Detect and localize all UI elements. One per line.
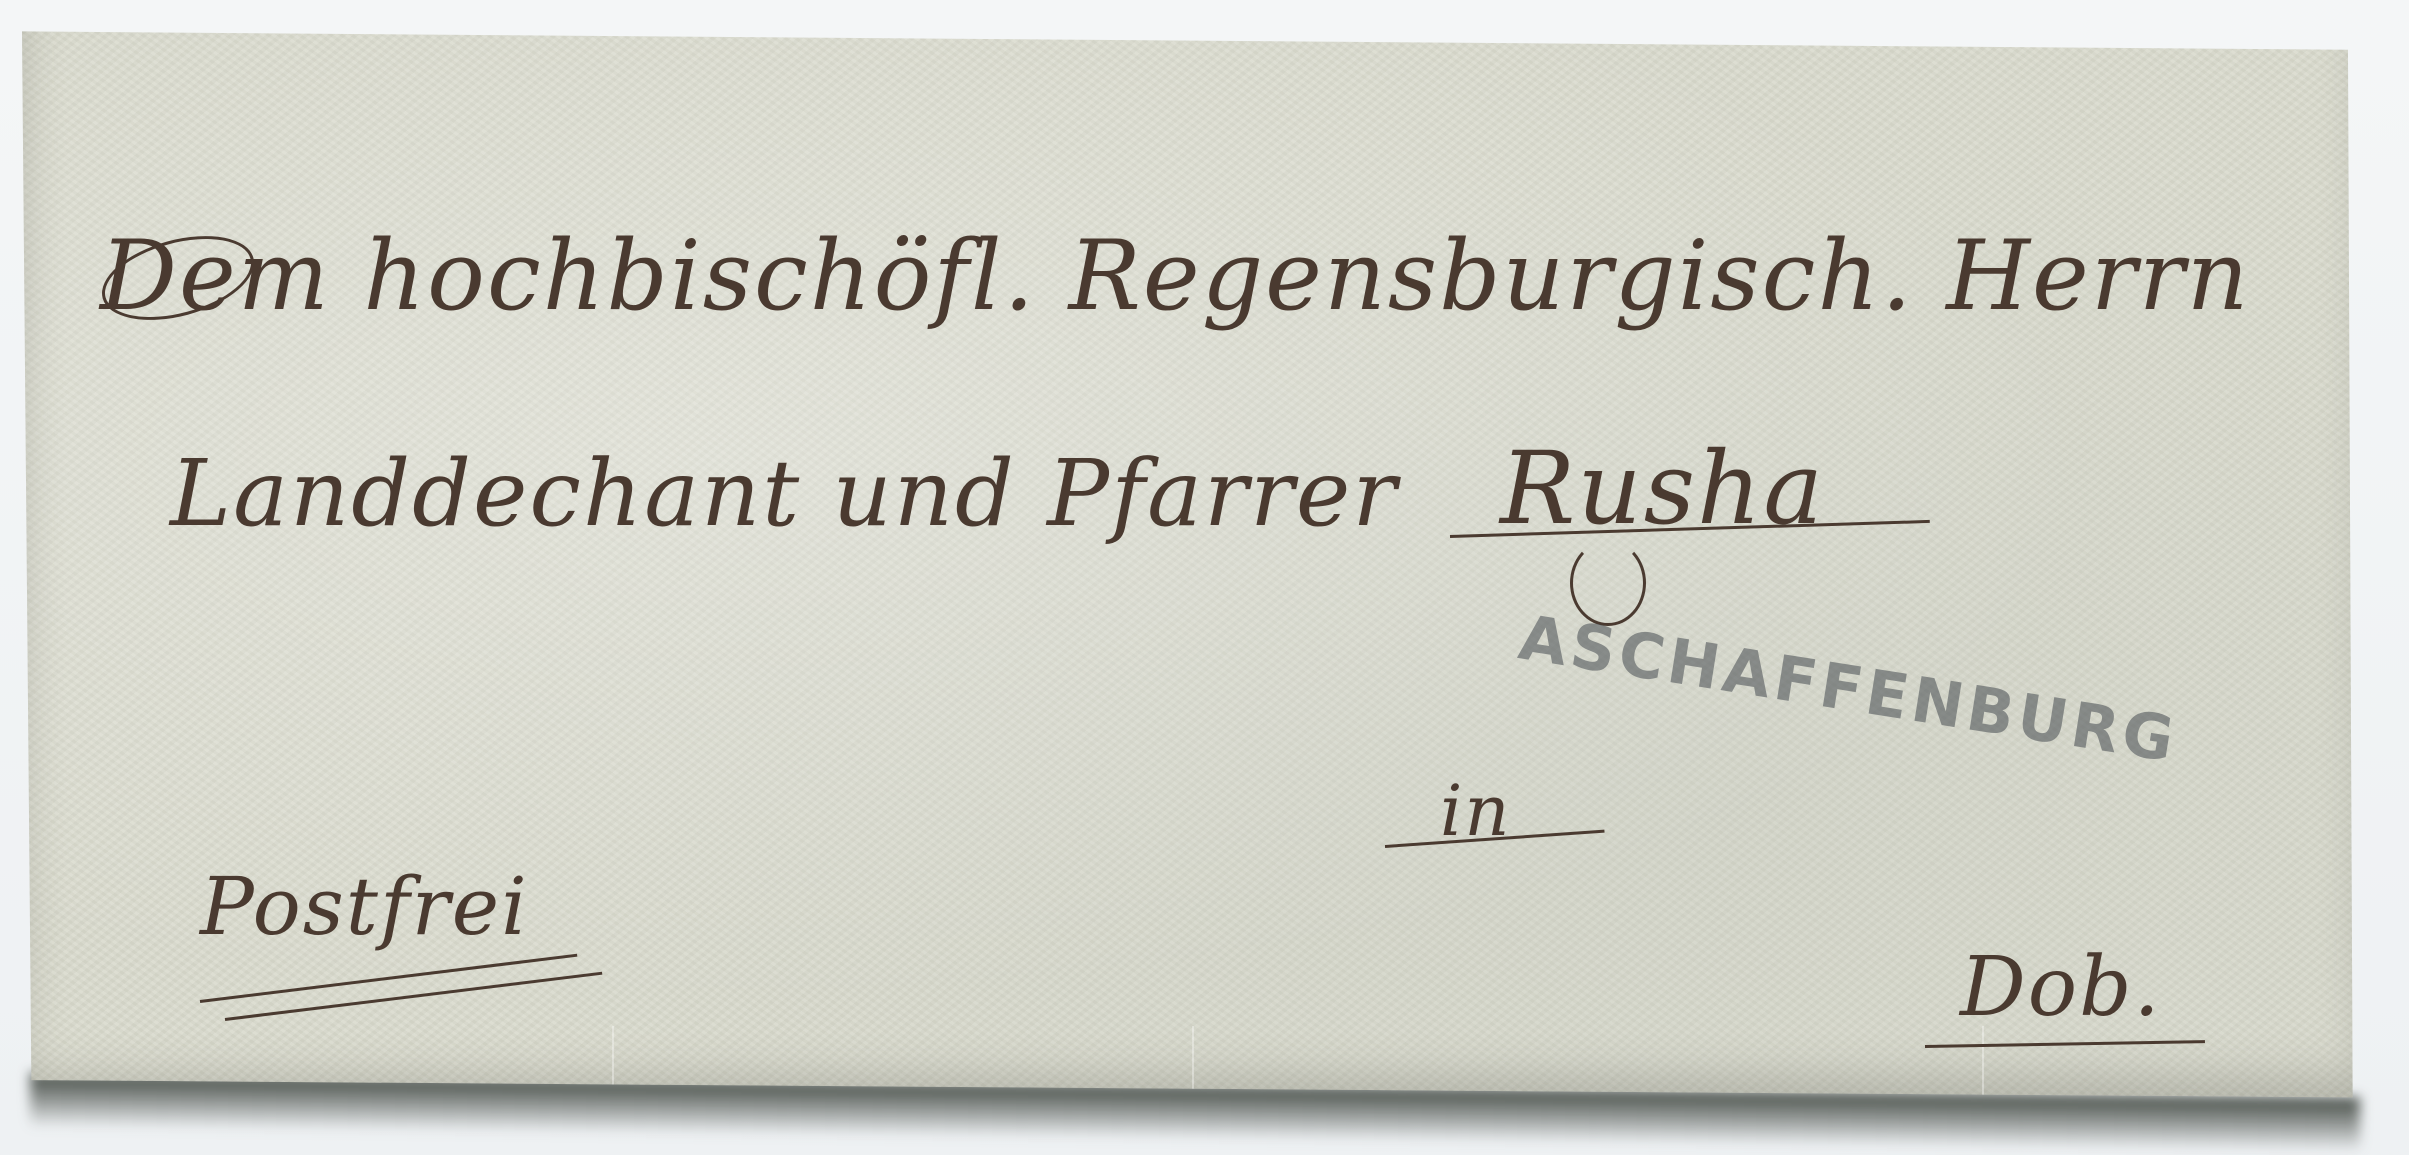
postfrei-annotation: Postfrei (200, 860, 529, 953)
address-line-1: Dem hochbischöfl. Regensburgisch. Herrn (100, 220, 2250, 332)
destination-place: Dob. (1960, 940, 2162, 1035)
address-line-2: Landdechant und Pfarrer (170, 440, 1398, 547)
